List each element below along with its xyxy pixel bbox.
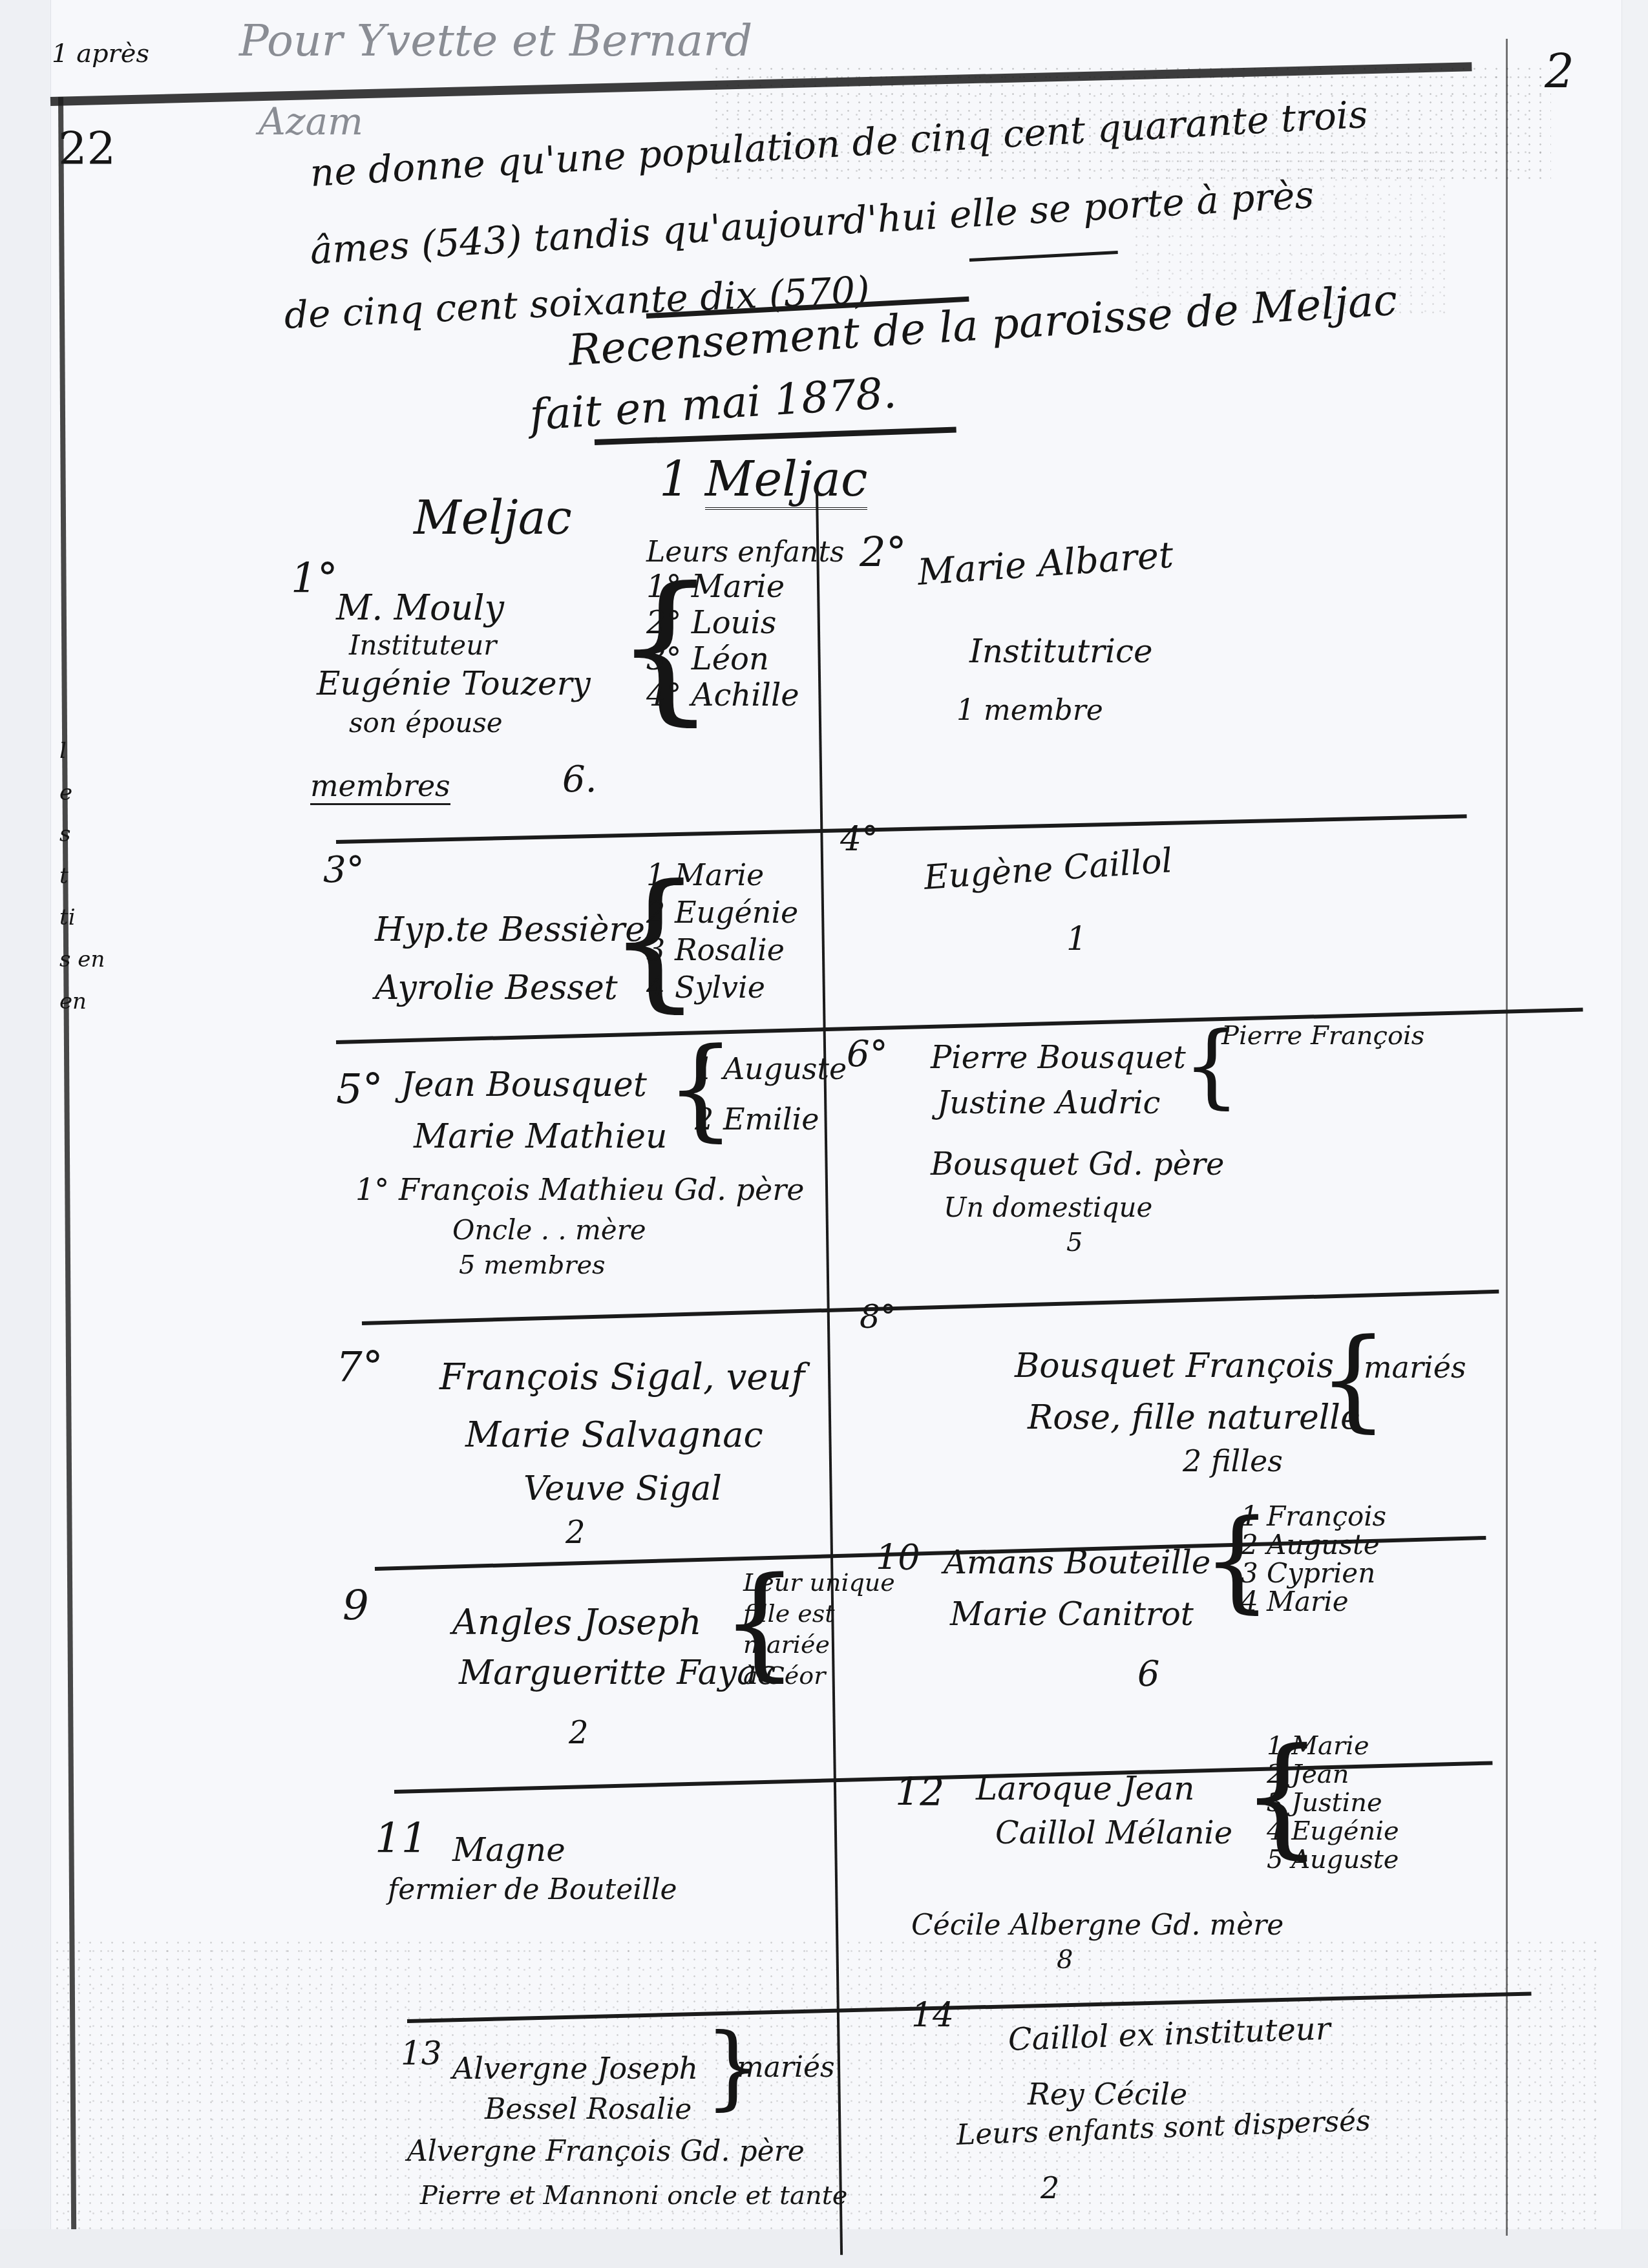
children-list: 1 Marie 2 Eugénie 3 Rosalie 4 Sylvie xyxy=(646,856,798,1006)
child: 1° Marie xyxy=(646,569,799,605)
household-total: 6. xyxy=(562,759,597,801)
household-number: 13 xyxy=(401,2035,442,2073)
margin-fold xyxy=(58,97,76,2229)
note-line: fille est xyxy=(743,1598,895,1629)
household-spouse: Bessel Rosalie xyxy=(485,2094,692,2126)
children-list: 1° Marie 2° Louis 3° Léon 4° Achille xyxy=(646,569,799,713)
child: 3° Léon xyxy=(646,641,799,677)
household-number: 5° xyxy=(336,1066,383,1114)
child: 5 Auguste xyxy=(1267,1845,1399,1874)
child: Pierre François xyxy=(1221,1021,1424,1051)
pencil-dedication: Pour Yvette et Bernard xyxy=(239,16,752,67)
section-name: Meljac xyxy=(705,452,868,510)
children-list: Pierre François xyxy=(1221,1021,1424,1051)
row-divider xyxy=(336,814,1467,844)
household-spouse: Marie Mathieu xyxy=(414,1118,668,1157)
child: 1 Marie xyxy=(1267,1732,1399,1760)
margin-fragment: t xyxy=(59,856,105,898)
household-number: 1° xyxy=(291,556,338,604)
household-number: 4° xyxy=(840,821,878,859)
household-total: 8 xyxy=(1057,1945,1073,1975)
child: 3 Justine xyxy=(1267,1789,1399,1817)
intro-dash xyxy=(969,251,1118,262)
household-head: Angles Joseph xyxy=(452,1602,702,1643)
household-extra: Bousquet Gd. père xyxy=(931,1147,1224,1182)
household-spouse: Marie Canitrot xyxy=(950,1596,1194,1633)
household-number: 6° xyxy=(847,1034,888,1075)
left-column-heading: Meljac xyxy=(414,491,572,545)
household-head: Eugène Caillol xyxy=(923,842,1174,898)
note-lines: Leur unique fille est mariée à Céor xyxy=(743,1567,895,1691)
household-head: Alvergne Joseph xyxy=(452,2052,698,2086)
household-spouse: Rose, fille naturelle xyxy=(1028,1399,1360,1438)
corner-note: 1 après xyxy=(52,39,149,68)
child: 3 Rosalie xyxy=(646,931,798,969)
margin-fragment: l xyxy=(59,730,105,772)
children-list: 1 François 2 Auguste 3 Cyprien 4 Marie xyxy=(1241,1502,1386,1616)
household-total: 5 xyxy=(1066,1228,1083,1257)
household-extra: Pierre et Mannoni oncle et tante xyxy=(420,2181,847,2210)
household-head: François Sigal, veuf xyxy=(439,1357,805,1398)
column-divider xyxy=(816,491,843,2255)
children-list: 1 Marie 2 Jean 3 Justine 4 Eugénie 5 Aug… xyxy=(1267,1732,1399,1874)
household-total: 2 filles xyxy=(1183,1444,1283,1478)
household-spouse: Rey Cécile xyxy=(1028,2077,1187,2112)
household-head: Jean Bousquet xyxy=(401,1066,647,1105)
margin-fragment: s en xyxy=(59,939,105,981)
page-number-right: 2 xyxy=(1545,45,1574,99)
household-extra: Cécile Albergne Gd. mère xyxy=(911,1909,1284,1942)
margin-fragment: ti xyxy=(59,897,105,939)
document-date: fait en mai 1878. xyxy=(529,368,898,439)
household-spouse: Ayrolie Besset xyxy=(375,969,618,1008)
child: 4 Marie xyxy=(1241,1588,1386,1616)
household-head: Bousquet François xyxy=(1015,1347,1334,1386)
household-total: 6 xyxy=(1137,1654,1159,1694)
scan-left-margin xyxy=(0,0,51,2268)
child: 2° Louis xyxy=(646,605,799,641)
note-line: à Céor xyxy=(743,1660,895,1691)
children-list: 1 Auguste 2 Emilie xyxy=(695,1044,847,1144)
child: 2 Eugénie xyxy=(646,894,798,931)
household-occupation: Instituteur xyxy=(349,630,496,661)
note-line: mariée xyxy=(743,1629,895,1660)
children-label: Leurs enfants xyxy=(646,536,845,569)
child: 4 Eugénie xyxy=(1267,1817,1399,1845)
child: 2 Auguste xyxy=(1241,1531,1386,1559)
household-number: 9 xyxy=(343,1583,369,1631)
household-spouse: Justine Audric xyxy=(937,1086,1161,1121)
household-spouse-role: son épouse xyxy=(349,708,503,739)
household-number: 10 xyxy=(876,1538,920,1578)
household-number: 14 xyxy=(911,1997,954,2035)
household-head: Pierre Bousquet xyxy=(931,1040,1186,1076)
household-spouse: Caillol Mélanie xyxy=(995,1816,1232,1851)
child: 1 François xyxy=(1241,1502,1386,1531)
pencil-name: Azam xyxy=(259,100,363,143)
household-head: Magne xyxy=(452,1832,565,1869)
household-occupation: Institutrice xyxy=(969,633,1153,671)
margin-fragments: l e s t ti s en en xyxy=(59,730,105,1022)
margin-fragment: e xyxy=(59,772,105,814)
household-number: 7° xyxy=(336,1344,383,1392)
child: 4 Sylvie xyxy=(646,969,798,1006)
household-total: 2 xyxy=(1041,2171,1059,2205)
right-rule xyxy=(1506,39,1508,2236)
page-number-left: 22 xyxy=(58,123,116,175)
margin-fragment: en xyxy=(59,981,105,1023)
household-total: 5 membres xyxy=(459,1250,606,1280)
household-note: mariés xyxy=(1364,1350,1466,1385)
household-number: 12 xyxy=(895,1770,944,1815)
household-total: 2 xyxy=(565,1515,586,1551)
household-number: 2° xyxy=(860,530,907,578)
household-total: 1 membre xyxy=(956,695,1103,728)
household-extra: Oncle . . mère xyxy=(452,1215,646,1246)
child: 3 Cyprien xyxy=(1241,1559,1386,1588)
household-head: Hyp.te Bessière xyxy=(375,911,645,950)
household-total: 2 xyxy=(569,1716,589,1751)
child: 2 Emilie xyxy=(695,1094,847,1144)
household-spouse: Marie Salvagnac xyxy=(465,1415,763,1455)
total-label: membres xyxy=(310,769,450,805)
note-line: Leur unique xyxy=(743,1567,895,1598)
household-head: Amans Bouteille xyxy=(944,1544,1210,1582)
household-occupation: fermier de Bouteille xyxy=(388,1874,677,1907)
household-number: 3° xyxy=(323,850,364,891)
section-heading: 1 Meljac xyxy=(659,452,867,507)
section-number: 1 xyxy=(659,452,690,507)
margin-fragment: s xyxy=(59,814,105,856)
scan-bottom-margin xyxy=(0,2229,1648,2268)
household-head: Caillol ex instituteur xyxy=(1008,2011,1331,2059)
household-total: 1 xyxy=(1066,921,1087,958)
intro-line-2: âmes (543) tandis qu'aujourd'hui elle se… xyxy=(309,173,1315,272)
household-spouse-note: Veuve Sigal xyxy=(523,1470,722,1509)
household-extra: Leurs enfants sont dispersés xyxy=(956,2105,1371,2152)
household-extra: Un domestique xyxy=(944,1192,1152,1223)
row-divider xyxy=(407,1991,1532,2023)
household-number: 11 xyxy=(375,1816,427,1864)
household-extra: Alvergne François Gd. père xyxy=(407,2136,805,2168)
child: 4° Achille xyxy=(646,677,799,713)
scan-right-margin xyxy=(1622,0,1648,2268)
household-head: M. Mouly xyxy=(336,588,504,628)
household-extra: 1° François Mathieu Gd. père xyxy=(355,1173,804,1207)
household-head: Laroque Jean xyxy=(976,1770,1194,1808)
household-head: Marie Albaret xyxy=(916,534,1175,594)
household-number: 8° xyxy=(860,1299,896,1336)
child: 2 Jean xyxy=(1267,1760,1399,1789)
child: 1 Auguste xyxy=(695,1044,847,1094)
household-note: mariés xyxy=(737,2052,835,2084)
child: 1 Marie xyxy=(646,856,798,894)
household-spouse: Eugénie Touzery xyxy=(317,666,591,703)
